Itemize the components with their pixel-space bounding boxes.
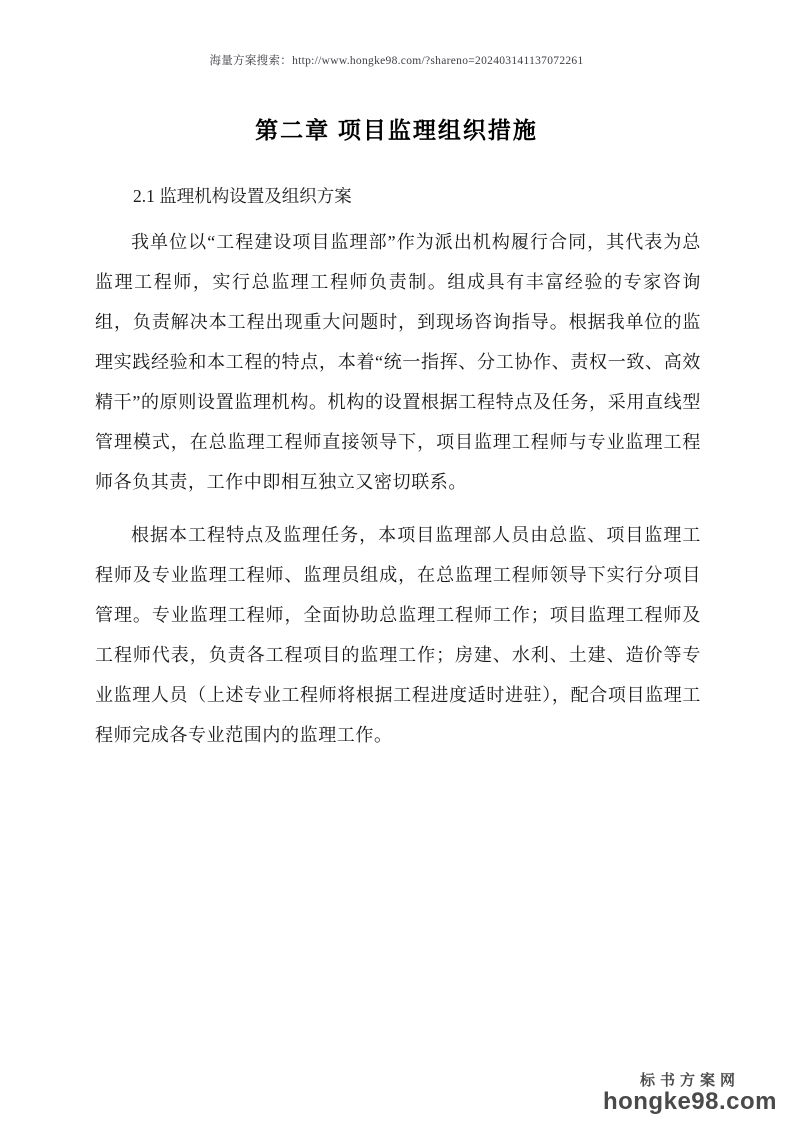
body-paragraph: 我单位以“工程建设项目监理部”作为派出机构履行合同，其代表为总监理工程师，实行总…	[95, 222, 701, 502]
page-title: 第二章 项目监理组织措施	[0, 112, 793, 145]
section-heading: 2.1 监理机构设置及组织方案	[95, 182, 701, 210]
watermark: 标书方案网 hongke98.com	[603, 1073, 777, 1114]
header-search-line: 海量方案搜索：http://www.hongke98.com/?shareno=…	[0, 52, 793, 68]
document-body: 2.1 监理机构设置及组织方案 我单位以“工程建设项目监理部”作为派出机构履行合…	[95, 182, 701, 755]
search-source-label: 海量方案搜索：	[209, 55, 292, 67]
body-paragraph: 根据本工程特点及监理任务，本项目监理部人员由总监、项目监理工程师及专业监理工程师…	[95, 515, 701, 755]
watermark-site-domain: hongke98.com	[603, 1089, 777, 1114]
document-page: 海量方案搜索：http://www.hongke98.com/?shareno=…	[0, 0, 793, 1122]
share-url: http://www.hongke98.com/?shareno=2024031…	[292, 55, 583, 67]
watermark-site-name: 标书方案网	[603, 1073, 777, 1089]
